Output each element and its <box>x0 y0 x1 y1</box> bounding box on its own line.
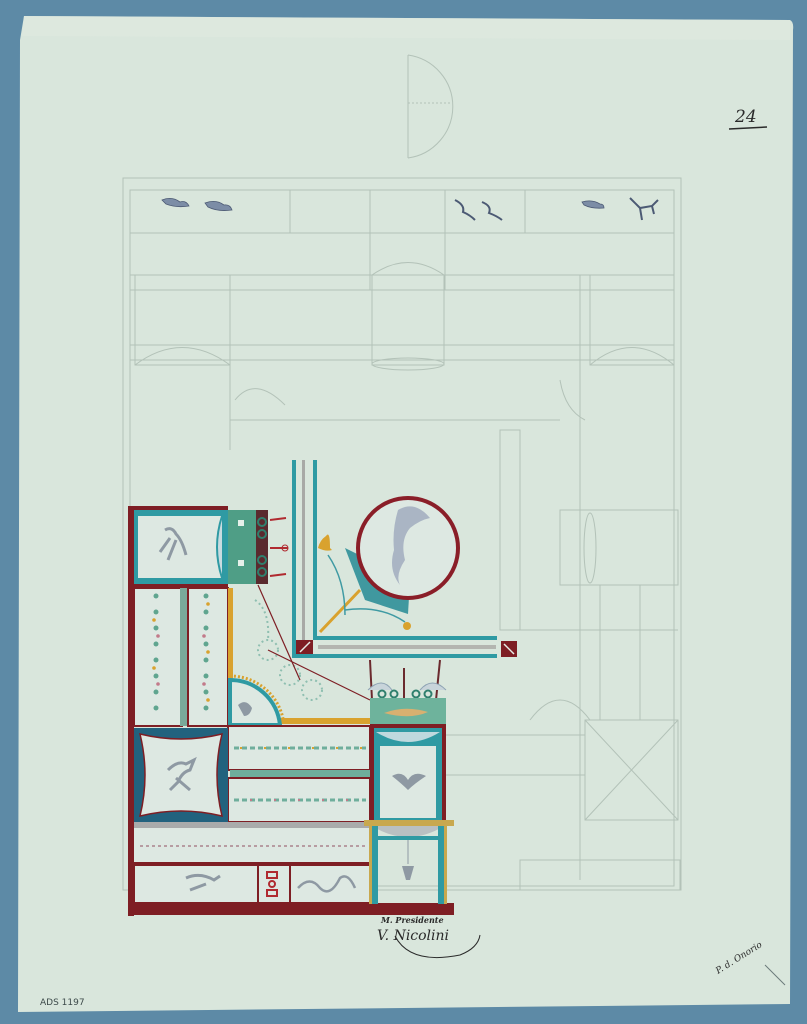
inventory-number: ADS 1197 <box>40 998 85 1008</box>
drawing-sheet-scan: 24 <box>0 0 807 1024</box>
garland-panels <box>134 588 228 726</box>
bottom-panels <box>134 865 370 903</box>
signature-small: M. Presidente <box>380 915 444 925</box>
goat-panel <box>134 728 228 822</box>
cupid-panel <box>128 510 228 588</box>
plate-number: 24 <box>734 107 757 127</box>
signature-name: V. Nicolini <box>377 928 449 944</box>
horizontal-garlands <box>228 726 370 822</box>
roundel <box>358 498 458 598</box>
